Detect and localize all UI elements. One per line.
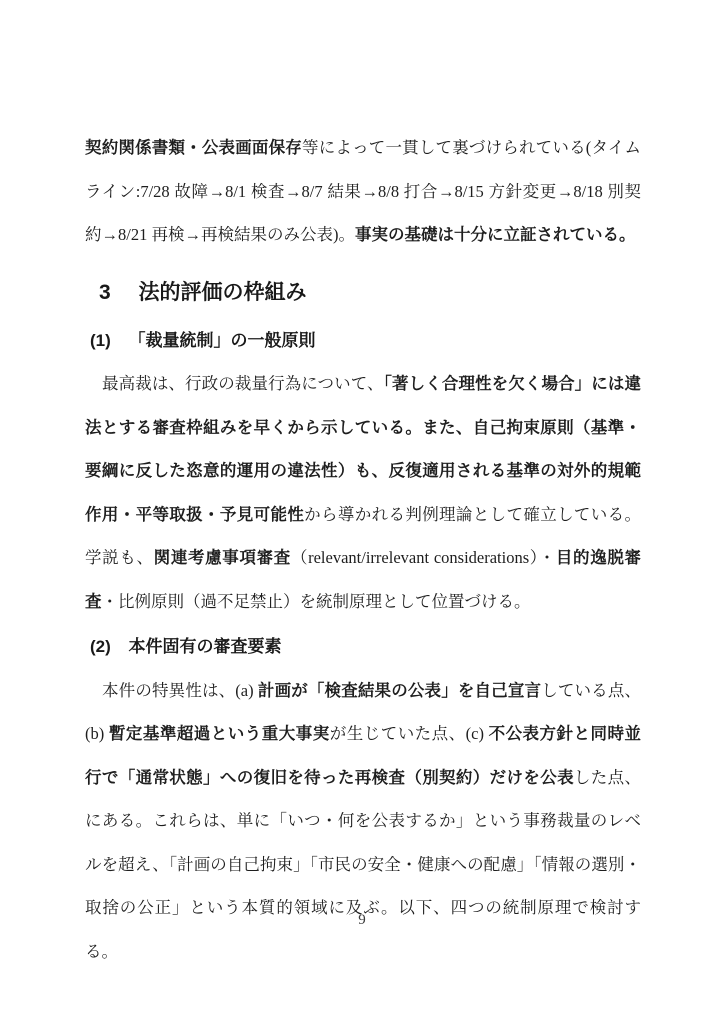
- page-content: 契約関係書類・公表画面保存等によって一貫して裏づけられている(タイムライン:7/…: [85, 126, 641, 973]
- section-number: 3: [99, 281, 111, 304]
- text-run: 計画が「検査結果の公表」を自己宣言: [258, 681, 541, 700]
- text-run: 暫定基準超過という重大事実: [109, 724, 330, 743]
- subsection-heading-2: (2) 本件固有の審査要素: [85, 625, 641, 669]
- text-run: ・比例原則（過不足禁止）を統制原理として位置づける。: [102, 592, 531, 611]
- text-run: が生じていた点、(c): [330, 724, 489, 743]
- text-run: 本件の特異性は、(a): [102, 681, 258, 700]
- text-run: 契約関係書類・公表画面保存: [85, 138, 302, 157]
- subsection-1-label: (1): [90, 331, 111, 350]
- text-run: （relevant/irrelevant considerations）・: [291, 548, 556, 567]
- text-run: 「著しく合理性を欠く場合」には違法とする審査枠組みを早くから示している。また、自…: [85, 374, 641, 524]
- subsection-1-title: 「裁量統制」の一般原則: [129, 331, 316, 350]
- paragraph-general-principles: 最高裁は、行政の裁量行為について、「著しく合理性を欠く場合」には違法とする審査枠…: [85, 362, 641, 623]
- section-title: 法的評価の枠組み: [139, 281, 307, 304]
- subsection-heading-1: (1) 「裁量統制」の一般原則: [85, 319, 641, 363]
- section-heading: 3 法的評価の枠組み: [85, 271, 641, 315]
- document-page: 契約関係書類・公表画面保存等によって一貫して裏づけられている(タイムライン:7/…: [0, 0, 724, 1024]
- text-run: 事実の基礎は十分に立証されている。: [355, 225, 636, 244]
- text-run: 関連考慮事項審査: [154, 548, 291, 567]
- subsection-2-title: 本件固有の審査要素: [129, 637, 282, 656]
- paragraph-evidence-timeline: 契約関係書類・公表画面保存等によって一貫して裏づけられている(タイムライン:7/…: [85, 126, 641, 257]
- text-run: 最高裁は、行政の裁量行為について、: [102, 374, 384, 393]
- page-number: 9: [0, 908, 724, 932]
- subsection-2-label: (2): [90, 637, 111, 656]
